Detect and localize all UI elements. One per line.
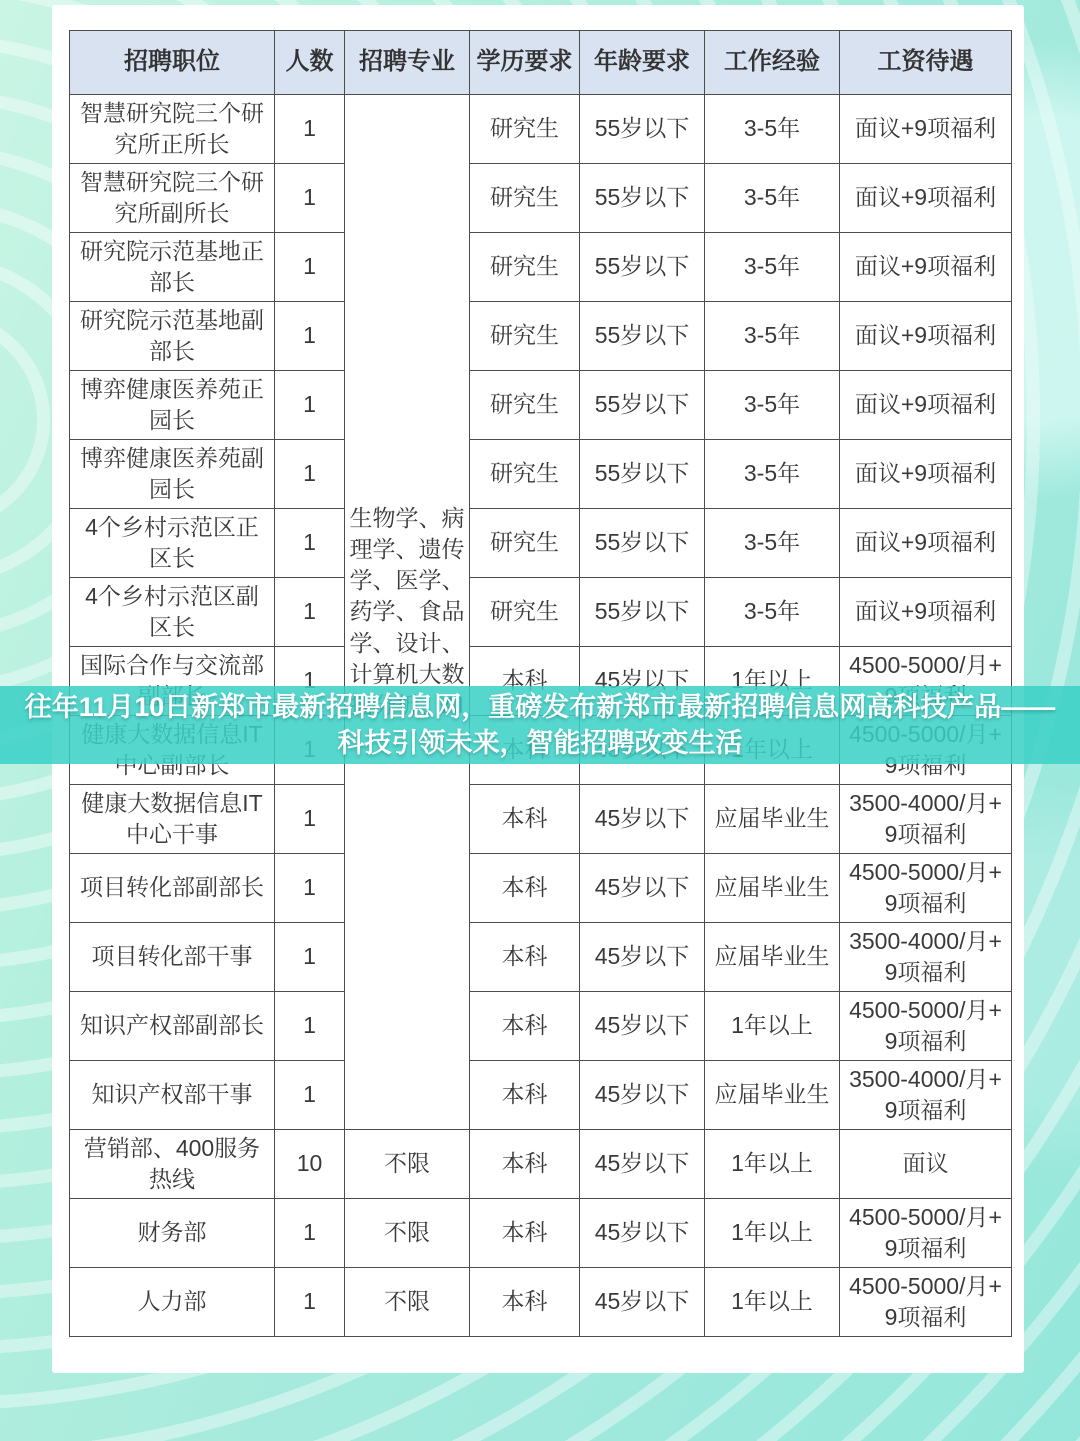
table-row: 知识产权部干事1本科45岁以下应届毕业生3500-4000/月+9项福利 [70, 1061, 1012, 1130]
cell-age: 55岁以下 [580, 164, 705, 233]
cell-major: 不限 [345, 1199, 470, 1268]
cell-position: 健康大数据信息IT中心干事 [70, 785, 275, 854]
cell-experience: 1年以上 [705, 1199, 840, 1268]
column-header-3: 学历要求 [470, 31, 580, 95]
cell-age: 45岁以下 [580, 1061, 705, 1130]
cell-count: 1 [275, 302, 345, 371]
cell-position: 博弈健康医养苑正园长 [70, 371, 275, 440]
cell-experience: 3-5年 [705, 371, 840, 440]
cell-salary: 4500-5000/月+9项福利 [840, 992, 1012, 1061]
cell-position: 博弈健康医养苑副园长 [70, 440, 275, 509]
cell-count: 10 [275, 1130, 345, 1199]
cell-education: 研究生 [470, 233, 580, 302]
cell-count: 1 [275, 1268, 345, 1337]
table-row: 智慧研究院三个研究所正所长1生物学、病理学、遗传学、医学、药学、食品学、设计、计… [70, 95, 1012, 164]
table-row: 研究院示范基地副部长1研究生55岁以下3-5年面议+9项福利 [70, 302, 1012, 371]
cell-salary: 面议+9项福利 [840, 509, 1012, 578]
cell-experience: 应届毕业生 [705, 1061, 840, 1130]
headline-line-2: 科技引领未来，智能招聘改变生活 [338, 725, 743, 761]
cell-salary: 面议+9项福利 [840, 371, 1012, 440]
cell-age: 55岁以下 [580, 578, 705, 647]
cell-count: 1 [275, 95, 345, 164]
cell-education: 研究生 [470, 509, 580, 578]
column-header-0: 招聘职位 [70, 31, 275, 95]
table-row: 研究院示范基地正部长1研究生55岁以下3-5年面议+9项福利 [70, 233, 1012, 302]
cell-education: 本科 [470, 854, 580, 923]
cell-count: 1 [275, 578, 345, 647]
cell-salary: 3500-4000/月+9项福利 [840, 1061, 1012, 1130]
cell-education: 研究生 [470, 440, 580, 509]
cell-age: 45岁以下 [580, 854, 705, 923]
cell-experience: 应届毕业生 [705, 923, 840, 992]
cell-salary: 面议+9项福利 [840, 440, 1012, 509]
table-row: 项目转化部副部长1本科45岁以下应届毕业生4500-5000/月+9项福利 [70, 854, 1012, 923]
cell-salary: 3500-4000/月+9项福利 [840, 923, 1012, 992]
column-header-4: 年龄要求 [580, 31, 705, 95]
cell-education: 本科 [470, 1061, 580, 1130]
cell-count: 1 [275, 785, 345, 854]
cell-count: 1 [275, 164, 345, 233]
cell-age: 45岁以下 [580, 923, 705, 992]
cell-age: 55岁以下 [580, 95, 705, 164]
table-row: 博弈健康医养苑副园长1研究生55岁以下3-5年面议+9项福利 [70, 440, 1012, 509]
cell-education: 研究生 [470, 578, 580, 647]
column-header-1: 人数 [275, 31, 345, 95]
table-row: 营销部、400服务热线10不限本科45岁以下1年以上面议 [70, 1130, 1012, 1199]
cell-position: 智慧研究院三个研究所正所长 [70, 95, 275, 164]
cell-education: 本科 [470, 785, 580, 854]
cell-position: 研究院示范基地副部长 [70, 302, 275, 371]
cell-age: 55岁以下 [580, 371, 705, 440]
cell-position: 营销部、400服务热线 [70, 1130, 275, 1199]
cell-education: 研究生 [470, 164, 580, 233]
cell-position: 项目转化部干事 [70, 923, 275, 992]
cell-age: 45岁以下 [580, 992, 705, 1061]
cell-count: 1 [275, 1199, 345, 1268]
cell-count: 1 [275, 371, 345, 440]
cell-age: 55岁以下 [580, 302, 705, 371]
cell-position: 财务部 [70, 1199, 275, 1268]
cell-education: 本科 [470, 1199, 580, 1268]
page: { "banner": { "line1": "往年11月10日新郑市最新招聘信… [0, 0, 1080, 1441]
cell-salary: 面议+9项福利 [840, 233, 1012, 302]
cell-experience: 应届毕业生 [705, 785, 840, 854]
cell-experience: 应届毕业生 [705, 854, 840, 923]
cell-count: 1 [275, 992, 345, 1061]
cell-salary: 面议+9项福利 [840, 302, 1012, 371]
cell-experience: 1年以上 [705, 992, 840, 1061]
cell-salary: 面议+9项福利 [840, 95, 1012, 164]
cell-count: 1 [275, 509, 345, 578]
table-row: 智慧研究院三个研究所副所长1研究生55岁以下3-5年面议+9项福利 [70, 164, 1012, 233]
cell-position: 知识产权部副部长 [70, 992, 275, 1061]
table-header-row: 招聘职位人数招聘专业学历要求年龄要求工作经验工资待遇 [70, 31, 1012, 95]
cell-education: 本科 [470, 992, 580, 1061]
headline-banner-overlay: 往年11月10日新郑市最新招聘信息网，重磅发布新郑市最新招聘信息网高科技产品——… [0, 686, 1080, 764]
cell-position: 人力部 [70, 1268, 275, 1337]
column-header-2: 招聘专业 [345, 31, 470, 95]
cell-experience: 3-5年 [705, 509, 840, 578]
cell-salary: 4500-5000/月+9项福利 [840, 1199, 1012, 1268]
cell-age: 45岁以下 [580, 1130, 705, 1199]
cell-count: 1 [275, 440, 345, 509]
cell-education: 研究生 [470, 95, 580, 164]
headline-line-1: 往年11月10日新郑市最新招聘信息网，重磅发布新郑市最新招聘信息网高科技产品—— [25, 689, 1056, 725]
cell-salary: 面议+9项福利 [840, 164, 1012, 233]
cell-position: 智慧研究院三个研究所副所长 [70, 164, 275, 233]
cell-education: 本科 [470, 923, 580, 992]
cell-age: 55岁以下 [580, 233, 705, 302]
cell-experience: 3-5年 [705, 578, 840, 647]
cell-salary: 面议+9项福利 [840, 578, 1012, 647]
cell-experience: 3-5年 [705, 233, 840, 302]
column-header-5: 工作经验 [705, 31, 840, 95]
cell-major-merged: 生物学、病理学、遗传学、医学、药学、食品学、设计、计算机大数据分析、AI [345, 95, 470, 1130]
cell-count: 1 [275, 854, 345, 923]
cell-count: 1 [275, 923, 345, 992]
cell-salary: 面议 [840, 1130, 1012, 1199]
recruitment-table: 招聘职位人数招聘专业学历要求年龄要求工作经验工资待遇 智慧研究院三个研究所正所长… [69, 30, 1012, 1337]
cell-experience: 1年以上 [705, 1268, 840, 1337]
table-row: 人力部1不限本科45岁以下1年以上4500-5000/月+9项福利 [70, 1268, 1012, 1337]
cell-age: 55岁以下 [580, 509, 705, 578]
cell-age: 45岁以下 [580, 1199, 705, 1268]
table-row: 博弈健康医养苑正园长1研究生55岁以下3-5年面议+9项福利 [70, 371, 1012, 440]
table-row: 4个乡村示范区正区长1研究生55岁以下3-5年面议+9项福利 [70, 509, 1012, 578]
table-row: 健康大数据信息IT中心干事1本科45岁以下应届毕业生3500-4000/月+9项… [70, 785, 1012, 854]
cell-experience: 3-5年 [705, 440, 840, 509]
cell-education: 本科 [470, 1268, 580, 1337]
cell-age: 45岁以下 [580, 785, 705, 854]
cell-salary: 3500-4000/月+9项福利 [840, 785, 1012, 854]
cell-position: 研究院示范基地正部长 [70, 233, 275, 302]
table-row: 财务部1不限本科45岁以下1年以上4500-5000/月+9项福利 [70, 1199, 1012, 1268]
column-header-6: 工资待遇 [840, 31, 1012, 95]
table-row: 知识产权部副部长1本科45岁以下1年以上4500-5000/月+9项福利 [70, 992, 1012, 1061]
cell-education: 研究生 [470, 302, 580, 371]
cell-education: 本科 [470, 1130, 580, 1199]
cell-experience: 3-5年 [705, 95, 840, 164]
cell-position: 4个乡村示范区副区长 [70, 578, 275, 647]
cell-experience: 3-5年 [705, 164, 840, 233]
cell-education: 研究生 [470, 371, 580, 440]
cell-experience: 1年以上 [705, 1130, 840, 1199]
cell-experience: 3-5年 [705, 302, 840, 371]
cell-salary: 4500-5000/月+9项福利 [840, 1268, 1012, 1337]
cell-position: 项目转化部副部长 [70, 854, 275, 923]
cell-count: 1 [275, 233, 345, 302]
cell-position: 4个乡村示范区正区长 [70, 509, 275, 578]
table-row: 4个乡村示范区副区长1研究生55岁以下3-5年面议+9项福利 [70, 578, 1012, 647]
cell-age: 45岁以下 [580, 1268, 705, 1337]
cell-position: 知识产权部干事 [70, 1061, 275, 1130]
cell-count: 1 [275, 1061, 345, 1130]
cell-major: 不限 [345, 1268, 470, 1337]
cell-salary: 4500-5000/月+9项福利 [840, 854, 1012, 923]
cell-major: 不限 [345, 1130, 470, 1199]
table-row: 项目转化部干事1本科45岁以下应届毕业生3500-4000/月+9项福利 [70, 923, 1012, 992]
cell-age: 55岁以下 [580, 440, 705, 509]
